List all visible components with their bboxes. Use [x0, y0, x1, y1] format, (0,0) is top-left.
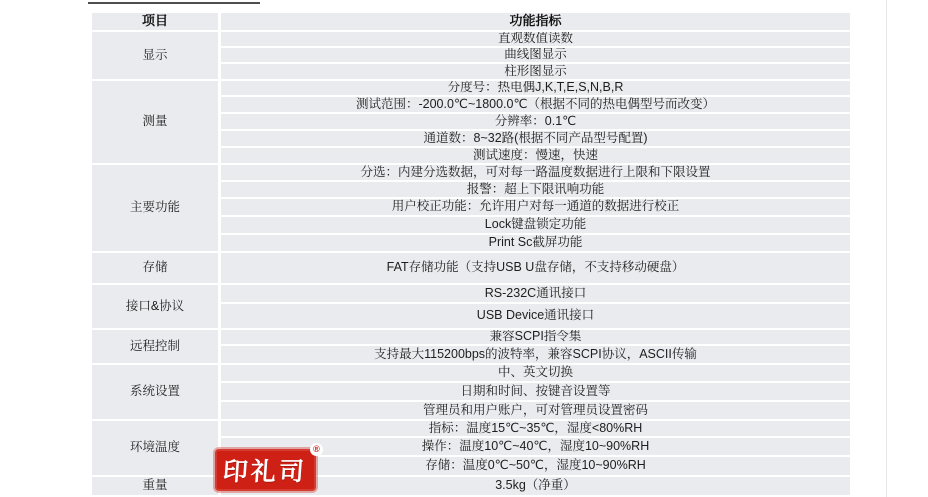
registered-trademark-icon: ®: [310, 443, 323, 456]
spec-value-cell: 柱形图显示: [221, 64, 850, 79]
spec-value-cell: 测试范围：-200.0℃~1800.0℃（根据不同的热电偶型号而改变）: [221, 97, 850, 112]
table-row: 主要功能分选：内建分选数据，可对每一路温度数据进行上限和下限设置: [92, 165, 850, 180]
spec-value-cell: 支持最大115200bps的波特率，兼容SCPI协议，ASCII传输: [221, 346, 850, 363]
spec-value-cell: 通道数：8~32路(根据不同产品型号配置): [221, 131, 850, 146]
spec-value-cell: USB Device通讯接口: [221, 304, 850, 328]
table-row: 远程控制兼容SCPI指令集: [92, 330, 850, 344]
spec-table: 项目 功能指标 显示直观数值读数曲线图显示柱形图显示测量分度号：热电偶J,K,T…: [89, 11, 853, 497]
table-header-item: 项目: [92, 13, 218, 30]
page-edge-line: [886, 0, 887, 497]
spec-value-cell: 报警：超上下限讯响功能: [221, 182, 850, 197]
section-label-cell: 重量: [92, 477, 218, 495]
spec-value-cell: Lock键盘锁定功能: [221, 217, 850, 233]
section-label-cell: 接口&协议: [92, 285, 218, 328]
table-row: 接口&协议RS-232C通讯接口: [92, 285, 850, 302]
section-label-cell: 测量: [92, 81, 218, 163]
table-row: 环境温度指标：温度15℃~35℃，湿度<80%RH: [92, 421, 850, 436]
section-label-cell: 显示: [92, 32, 218, 79]
spec-value-cell: 管理员和用户账户，可对管理员设置密码: [221, 402, 850, 419]
section-label-cell: 主要功能: [92, 165, 218, 251]
spec-value-cell: FAT存储功能（支持USB U盘存储，不支持移动硬盘）: [221, 253, 850, 283]
table-header-spec: 功能指标: [221, 13, 850, 30]
spec-value-cell: 中、英文切换: [221, 365, 850, 381]
spec-value-cell: 直观数值读数: [221, 32, 850, 46]
spec-value-cell: 分辨率：0.1℃: [221, 114, 850, 129]
spec-value-cell: 兼容SCPI指令集: [221, 330, 850, 344]
spec-value-cell: 曲线图显示: [221, 48, 850, 62]
spec-value-cell: 用户校正功能：允许用户对每一通道的数据进行校正: [221, 199, 850, 215]
section-label-cell: 存储: [92, 253, 218, 283]
spec-value-cell: 测试速度：慢速，快速: [221, 148, 850, 163]
table-row: 显示直观数值读数: [92, 32, 850, 46]
section-label-cell: 远程控制: [92, 330, 218, 363]
section-label-cell: 系统设置: [92, 365, 218, 419]
top-border-fragment: [88, 2, 260, 4]
table-row: 重量3.5kg（净重）: [92, 477, 850, 495]
spec-value-cell: Print Sc截屏功能: [221, 235, 850, 251]
spec-value-cell: 指标：温度15℃~35℃，湿度<80%RH: [221, 421, 850, 436]
spec-value-cell: 日期和时间、按键音设置等: [221, 383, 850, 400]
table-row: 存储FAT存储功能（支持USB U盘存储，不支持移动硬盘）: [92, 253, 850, 283]
section-label-cell: 环境温度: [92, 421, 218, 475]
spec-value-cell: RS-232C通讯接口: [221, 285, 850, 302]
spec-value-cell: 分度号：热电偶J,K,T,E,S,N,B,R: [221, 81, 850, 95]
table-row: 测量分度号：热电偶J,K,T,E,S,N,B,R: [92, 81, 850, 95]
brand-stamp: 印礼司 ®: [215, 449, 316, 491]
spec-value-cell: 分选：内建分选数据，可对每一路温度数据进行上限和下限设置: [221, 165, 850, 180]
brand-stamp-text: 印礼司: [222, 452, 309, 488]
table-row: 系统设置中、英文切换: [92, 365, 850, 381]
